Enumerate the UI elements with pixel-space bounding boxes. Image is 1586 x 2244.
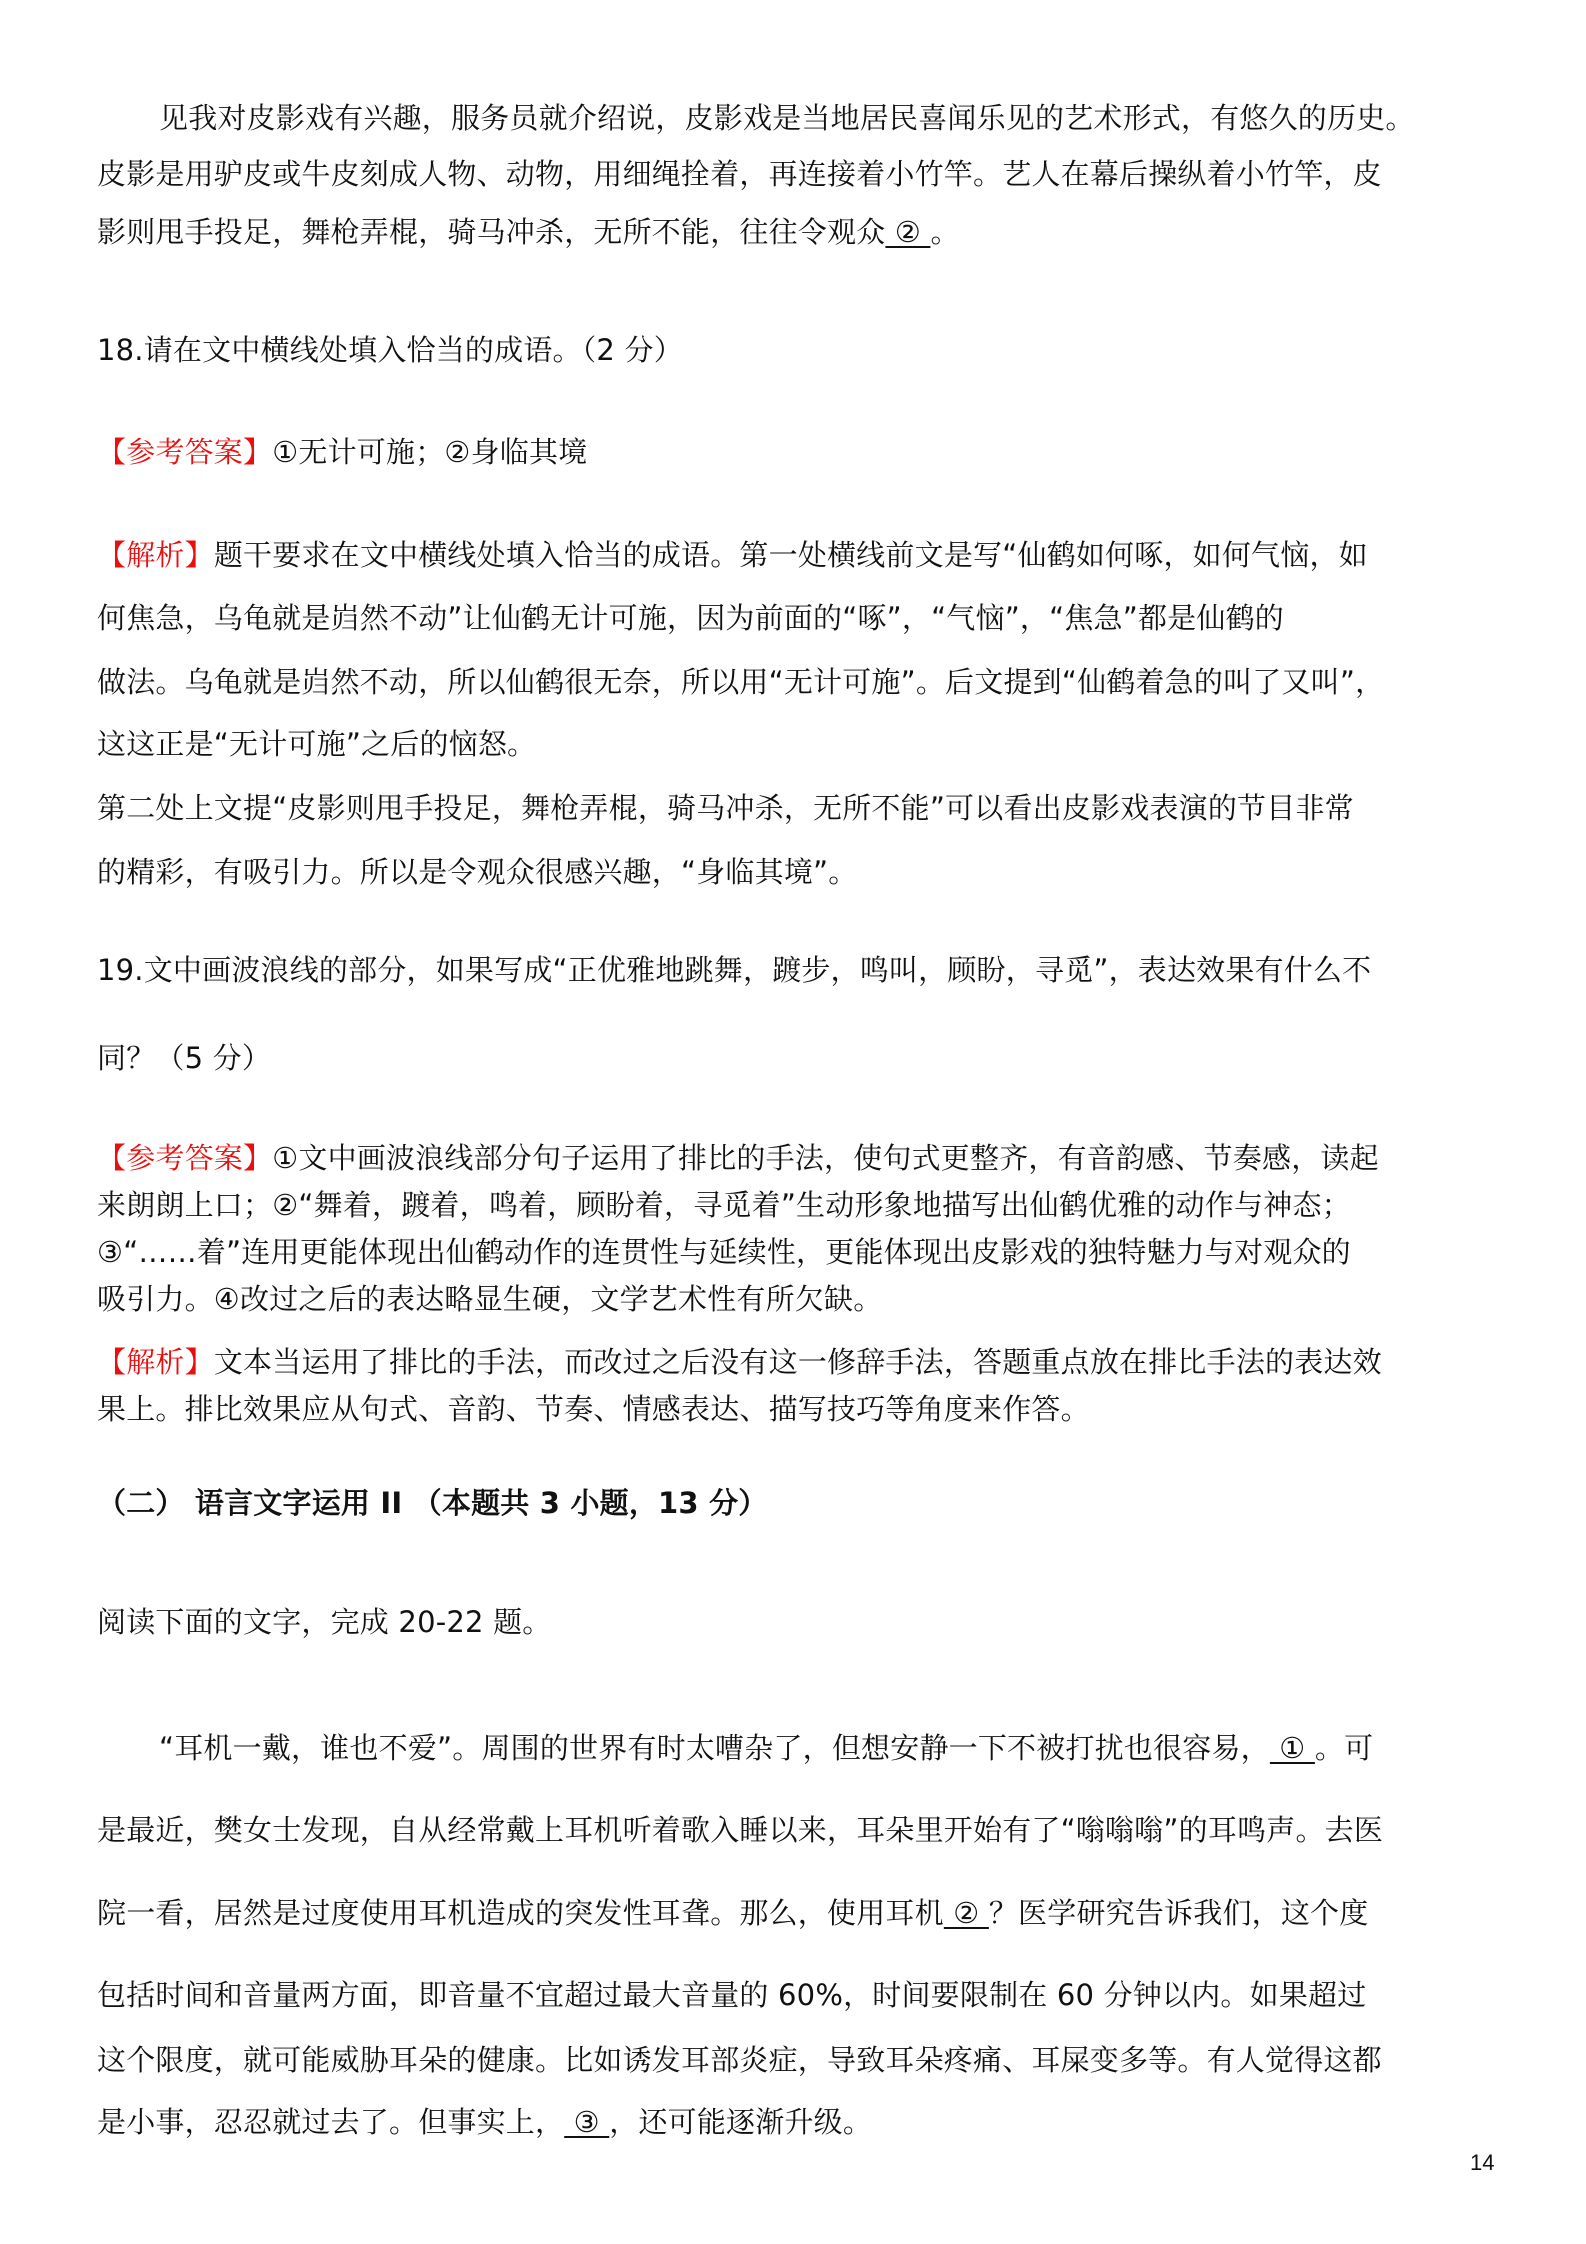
passage2-line-2: 是最近，樊女士发现，自从经常戴上耳机听着歌入睡以来，耳朵里开始有了“嗡嗡嗡”的耳…	[97, 1810, 1507, 1850]
fill-blank-3: ③	[564, 2105, 609, 2139]
passage1-line-3-text: 影则甩手投足，舞枪弄棍，骑马冲杀，无所不能，往往令观众	[97, 215, 885, 249]
q19-question-line-2: 同？（5 分）	[97, 1038, 1507, 1078]
analysis-label: 【解析】	[97, 1345, 214, 1379]
passage2-line-3-text: 院一看，居然是过度使用耳机造成的突发性耳聋。那么，使用耳机	[97, 1896, 944, 1930]
answer-label: 【参考答案】	[97, 435, 272, 469]
passage2-line-6-text: 是小事，忍忍就过去了。但事实上，	[97, 2105, 564, 2139]
analysis-label: 【解析】	[97, 538, 214, 572]
fill-blank-1: ①	[1270, 1731, 1315, 1765]
q19-answer-line-1: 【参考答案】①文中画波浪线部分句子运用了排比的手法，使句式更整齐，有音韵感、节奏…	[97, 1138, 1507, 1178]
passage2-line-1-text: “耳机一戴，谁也不爱”。周围的世界有时太嘈杂了，但想安静一下不被打扰也很容易，	[159, 1731, 1270, 1765]
passage2-line-1-end: 。可	[1315, 1731, 1373, 1765]
q18-answer-text: ①无计可施；②身临其境	[272, 435, 587, 469]
q18-answer: 【参考答案】①无计可施；②身临其境	[97, 432, 1507, 472]
passage1-line-3: 影则甩手投足，舞枪弄棍，骑马冲杀，无所不能，往往令观众 ② 。	[97, 212, 1507, 252]
q18-analysis-line-6: 的精彩，有吸引力。所以是令观众很感兴趣，“身临其境”。	[97, 852, 1507, 892]
q18-analysis-line-5: 第二处上文提“皮影则甩手投足，舞枪弄棍，骑马冲杀，无所不能”可以看出皮影戏表演的…	[97, 788, 1507, 828]
q18-analysis-line-4: 这这正是“无计可施”之后的恼怒。	[97, 724, 1507, 764]
answer-label: 【参考答案】	[97, 1141, 272, 1175]
q19-question-line-1: 19.文中画波浪线的部分，如果写成“正优雅地跳舞，踱步，鸣叫，顾盼，寻觅”，表达…	[97, 950, 1507, 990]
q18-question: 18.请在文中横线处填入恰当的成语。（2 分）	[97, 330, 1507, 370]
document-page: 见我对皮影戏有兴趣，服务员就介绍说，皮影戏是当地居民喜闻乐见的艺术形式，有悠久的…	[0, 0, 1586, 2244]
passage2-line-5: 这个限度，就可能威胁耳朵的健康。比如诱发耳部炎症，导致耳朵疼痛、耳屎变多等。有人…	[97, 2040, 1507, 2080]
fill-blank-2: ②	[885, 215, 930, 249]
passage2-line-6: 是小事，忍忍就过去了。但事实上， ③ ，还可能逐渐升级。	[97, 2102, 1507, 2142]
passage2-line-1: “耳机一戴，谁也不爱”。周围的世界有时太嘈杂了，但想安静一下不被打扰也很容易， …	[97, 1728, 1569, 1768]
q18-analysis-line-1: 【解析】题干要求在文中横线处填入恰当的成语。第一处横线前文是写“仙鹤如何啄，如何…	[97, 535, 1507, 575]
q18-analysis-line-2: 何焦急，乌龟就是岿然不动”让仙鹤无计可施，因为前面的“啄”，“气恼”，“焦急”都…	[97, 598, 1507, 638]
q19-answer-line-2: 来朗朗上口；②“舞着，踱着，鸣着，顾盼着，寻觅着”生动形象地描写出仙鹤优雅的动作…	[97, 1185, 1507, 1225]
q18-analysis-line-3: 做法。乌龟就是岿然不动，所以仙鹤很无奈，所以用“无计可施”。后文提到“仙鹤着急的…	[97, 662, 1507, 702]
page-number: 14	[1470, 2150, 1494, 2176]
passage1-end-punct: 。	[930, 215, 959, 249]
q19-analysis-text: 文本当运用了排比的手法，而改过之后没有这一修辞手法，答题重点放在排比手法的表达效	[214, 1345, 1382, 1379]
passage2-line-3-end: ？医学研究告诉我们，这个度	[989, 1896, 1369, 1930]
fill-blank-2: ②	[944, 1896, 989, 1930]
section-heading: （二） 语言文字运用 II （本题共 3 小题，13 分）	[97, 1483, 1507, 1523]
q19-analysis-line-1: 【解析】文本当运用了排比的手法，而改过之后没有这一修辞手法，答题重点放在排比手法…	[97, 1342, 1507, 1382]
passage2-line-4: 包括时间和音量两方面，即音量不宜超过最大音量的 60%，时间要限制在 60 分钟…	[97, 1975, 1507, 2015]
section-instruction: 阅读下面的文字，完成 20-22 题。	[97, 1602, 1507, 1642]
passage1-line-1: 见我对皮影戏有兴趣，服务员就介绍说，皮影戏是当地居民喜闻乐见的艺术形式，有悠久的…	[97, 98, 1569, 138]
q19-analysis-line-2: 果上。排比效果应从句式、音韵、节奏、情感表达、描写技巧等角度来作答。	[97, 1389, 1507, 1429]
passage2-line-3: 院一看，居然是过度使用耳机造成的突发性耳聋。那么，使用耳机 ② ？医学研究告诉我…	[97, 1893, 1507, 1933]
passage1-line-2: 皮影是用驴皮或牛皮刻成人物、动物，用细绳拴着，再连接着小竹竿。艺人在幕后操纵着小…	[97, 154, 1507, 194]
q18-analysis-text: 题干要求在文中横线处填入恰当的成语。第一处横线前文是写“仙鹤如何啄，如何气恼，如	[214, 538, 1368, 572]
q19-answer-line-4: 吸引力。④改过之后的表达略显生硬，文学艺术性有所欠缺。	[97, 1279, 1507, 1319]
q19-answer-line-3: ③“……着”连用更能体现出仙鹤动作的连贯性与延续性，更能体现出皮影戏的独特魅力与…	[97, 1232, 1507, 1272]
passage2-line-6-end: ，还可能逐渐升级。	[609, 2105, 872, 2139]
q19-answer-text: ①文中画波浪线部分句子运用了排比的手法，使句式更整齐，有音韵感、节奏感，读起	[272, 1141, 1379, 1175]
